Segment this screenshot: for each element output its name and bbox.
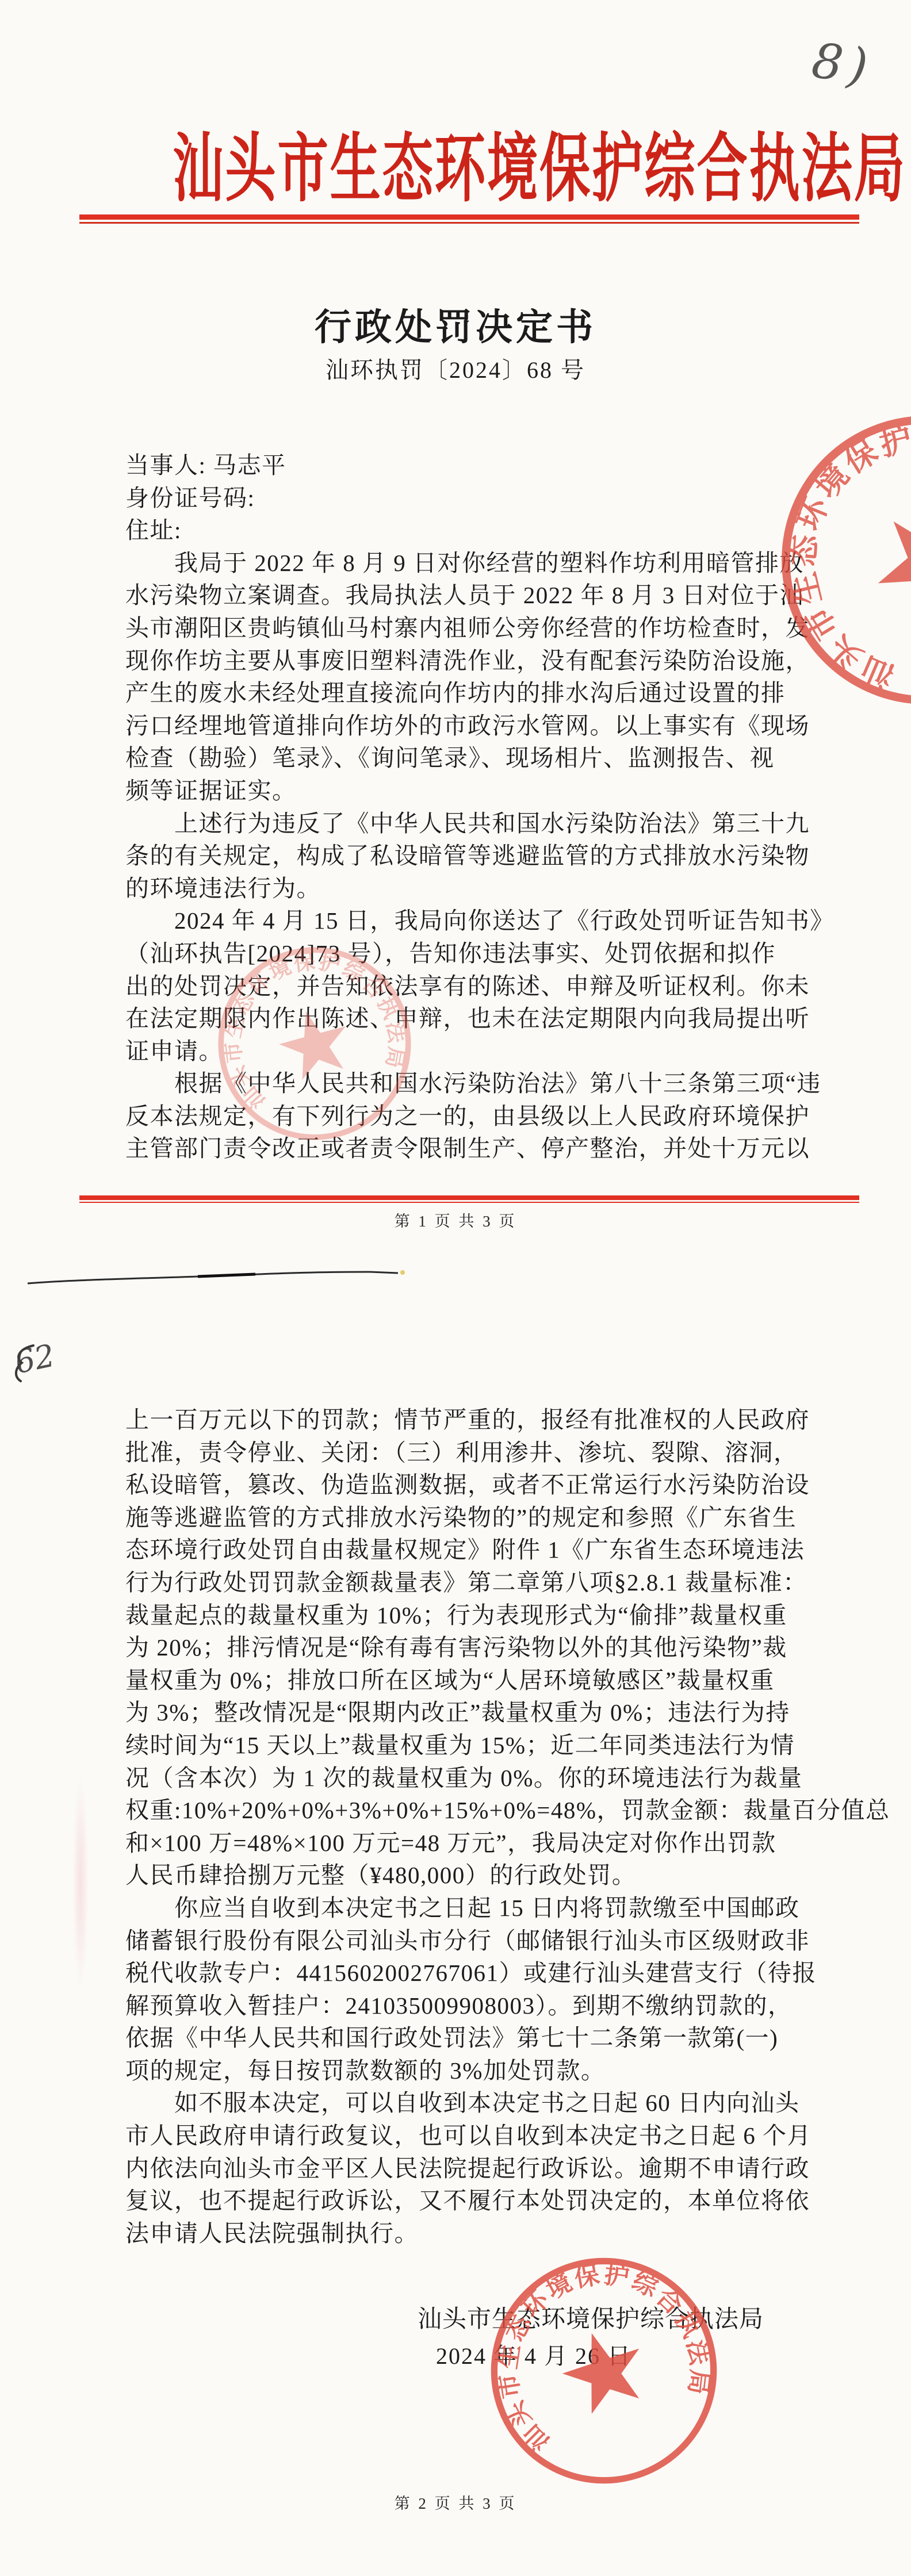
text-line: 况（含本次）为 1 次的裁量权重为 0%。你的环境违法行为裁量 <box>125 1762 843 1795</box>
text-line: 和×100 万=48%×100 万元=48 万元”，我局决定对你作出罚款 <box>125 1827 843 1860</box>
letterhead-rule-thick <box>79 214 859 220</box>
handwritten-margin-mark: 62 <box>12 1337 58 1381</box>
text-line: 当事人: 马志平 <box>125 449 843 482</box>
text-line: 频等证据证实。 <box>125 775 843 807</box>
text-line: 量权重为 0%；排放口所在区域为“人居环境敏感区”裁量权重 <box>125 1664 843 1697</box>
letterhead-rule-thin <box>79 222 859 224</box>
page1-body-text: 当事人: 马志平身份证号码:住址: 我局于 2022 年 8 月 9 日对你经营… <box>125 449 843 1165</box>
text-line: 市人民政府申请行政复议，也可以自收到本决定书之日起 6 个月 <box>125 2119 843 2152</box>
signature-agency-name: 汕头市生态环境保护综合执法局 <box>418 2300 764 2334</box>
text-line: 你应当自收到本决定书之日起 15 日内将罚款缴至中国邮政 <box>125 1892 843 1925</box>
text-line: 水污染物立案调查。我局执法人员于 2022 年 8 月 3 日对位于汕 <box>125 579 843 612</box>
text-line: 续时间为“15 天以上”裁量权重为 15%；近二年同类违法行为情 <box>125 1729 843 1762</box>
official-seal-page2-signature: 汕头市生态环境保护综合执法局 <box>455 2222 753 2520</box>
text-line: 检查（勘验）笔录》、《询问笔录》、现场相片、监测报告、视 <box>125 742 843 775</box>
text-line: 项的规定，每日按罚款数额的 3%加处罚款。 <box>125 2054 843 2087</box>
text-line: 法申请人民法院强制执行。 <box>125 2217 843 2250</box>
text-line: 出的处罚决定，并告知依法享有的陈述、申辩及听证权利。你未 <box>125 970 843 1003</box>
document-title: 行政处罚决定书 <box>0 298 911 351</box>
text-line: 现你作坊主要从事废旧塑料清洗作业，没有配套污染防治设施， <box>125 645 843 677</box>
text-line: 的环境违法行为。 <box>125 872 843 905</box>
text-line: 2024 年 4 月 15 日，我局向你送达了《行政处罚听证告知书》 <box>125 904 843 937</box>
text-line: 行为行政处罚罚款金额裁量表》第二章第八项§2.8.1 裁量标准： <box>125 1566 843 1599</box>
scanner-smudge-line <box>25 1265 416 1290</box>
letterhead-agency-name: 汕头市生态环境保护综合执法局 <box>0 131 911 208</box>
text-line: 证申请。 <box>125 1035 843 1068</box>
text-line: 复议，也不提起行政诉讼，又不履行本处罚决定的，本单位将依 <box>125 2184 843 2217</box>
text-line: 储蓄银行股份有限公司汕头市分行（邮储银行汕头市区级财政非 <box>125 1925 843 1957</box>
text-line: 解预算收入暂挂户：241035009908003）。到期不缴纳罚款的， <box>125 1989 843 2022</box>
page2-footer: 第 2 页 共 3 页 <box>0 2491 911 2513</box>
text-line: 内依法向汕头市金平区人民法院提起行政诉讼。逾期不申请行政 <box>125 2152 843 2185</box>
page1-footer: 第 1 页 共 3 页 <box>0 1209 911 1231</box>
page2-body-text: 上一百万元以下的罚款；情节严重的，报经有批准权的人民政府批准，责令停业、关闭：（… <box>125 1404 843 2249</box>
text-line: 住址: <box>125 514 843 547</box>
text-line: 批准，责令停业、关闭：（三）利用渗井、渗坑、裂隙、溶洞， <box>125 1436 843 1469</box>
text-line: 如不服本决定，可以自收到本决定书之日起 60 日内向汕头 <box>125 2087 843 2119</box>
text-line: 态环境行政处罚自由裁量权规定》附件 1《广东省生态环境违法 <box>125 1534 843 1566</box>
text-line: 为 3%；整改情况是“限期内改正”裁量权重为 0%；违法行为持 <box>125 1696 843 1729</box>
seal-star-icon <box>854 488 911 630</box>
page1-footer-rule-thin <box>79 1202 859 1203</box>
text-line: 条的有关规定，构成了私设暗管等逃避监管的方式排放水污染物 <box>125 839 843 872</box>
text-line: 产生的废水未经处理直接流向作坊内的排水沟后通过设置的排 <box>125 677 843 710</box>
text-line: 头市潮阳区贵屿镇仙马村寨内祖师公旁你经营的作坊检查时，发 <box>125 612 843 645</box>
text-line: 在法定期限内作出陈述、申辩，也未在法定期限内向我局提出听 <box>125 1002 843 1035</box>
text-line: 私设暗管，篡改、伪造监测数据，或者不正常运行水污染防治设 <box>125 1469 843 1501</box>
page1-footer-rule-thick <box>79 1195 859 1200</box>
text-line: 施等逃避监管的方式排放水污染物的”的规定和参照《广东省生 <box>125 1501 843 1534</box>
scanned-document: 8) 汕头市生态环境保护综合执法局 行政处罚决定书 汕环执罚〔2024〕68 号… <box>0 0 911 2576</box>
text-line: 上述行为违反了《中华人民共和国水污染防治法》第三十九 <box>125 807 843 840</box>
text-line: 污口经埋地管道排向作坊外的市政污水管网。以上事实有《现场 <box>125 710 843 742</box>
text-line: 根据《中华人民共和国水污染防治法》第八十三条第三项“违 <box>125 1067 843 1100</box>
text-line: 为 20%；排污情况是“除有毒有害污染物以外的其他污染物”裁 <box>125 1631 843 1664</box>
text-line: 税代收款专户：4415602002767061）或建行汕头建营支行（待报 <box>125 1957 843 1989</box>
text-line: 反本法规定，有下列行为之一的，由县级以上人民政府环境保护 <box>125 1100 843 1133</box>
text-line: 权重:10%+20%+0%+3%+0%+15%+0%=48%，罚款金额：裁量百分… <box>125 1794 843 1827</box>
text-line: 裁量起点的裁量权重为 10%；行为表现形式为“偷排”裁量权重 <box>125 1599 843 1632</box>
text-line: 我局于 2022 年 8 月 9 日对你经营的塑料作坊利用暗管排放 <box>125 547 843 580</box>
document-number: 汕环执罚〔2024〕68 号 <box>0 352 911 385</box>
text-line: 人民币肆拾捌万元整（¥480,000）的行政处罚。 <box>125 1859 843 1892</box>
text-line: 上一百万元以下的罚款；情节严重的，报经有批准权的人民政府 <box>125 1404 843 1436</box>
ink-bleed-mark <box>72 1774 89 1992</box>
text-line: 依据《中华人民共和国行政处罚法》第七十二条第一款第(一) <box>125 2022 843 2054</box>
text-line: 身份证号码: <box>125 482 843 515</box>
letterhead-agency-text: 汕头市生态环境保护综合执法局 <box>173 131 906 208</box>
text-line: （汕环执告[2024]73 号），告知你违法事实、处罚依据和拟作 <box>125 937 843 970</box>
signature-date: 2024 年 4 月 26 日 <box>436 2338 631 2371</box>
text-line: 主管部门责令改正或者责令限制生产、停产整治，并处十万元以 <box>125 1132 843 1165</box>
handwritten-corner-mark: 8) <box>809 32 876 95</box>
